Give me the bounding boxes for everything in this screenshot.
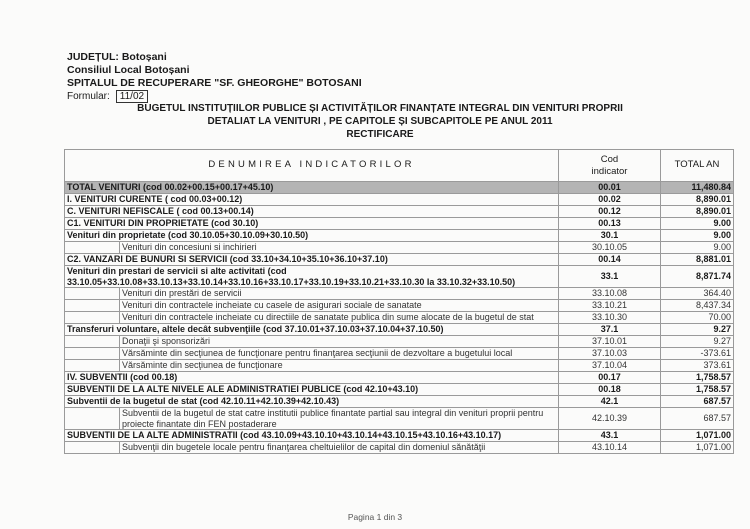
indent-cell: [65, 442, 120, 454]
indent-cell: [65, 408, 120, 430]
document-title-line1: BUGETUL INSTITUȚIILOR PUBLICE ȘI ACTIVIT…: [60, 102, 700, 115]
page-number: Pagina 1 din 3: [0, 512, 750, 522]
row-cod: 00.17: [559, 372, 661, 384]
row-value: 8,437.34: [661, 300, 734, 312]
header-total: TOTAL AN: [661, 150, 734, 182]
table-row: Venituri din contractele incheiate cu di…: [65, 312, 734, 324]
header-denumire: DENUMIREA INDICATORILOR: [65, 150, 559, 182]
indent-cell: [65, 300, 120, 312]
row-label: Donaţii şi sponsorizări: [120, 336, 559, 348]
indent-cell: [65, 360, 120, 372]
row-value: 8,890.01: [661, 206, 734, 218]
table-row: Venituri din prestări de servicii33.10.0…: [65, 288, 734, 300]
hospital-label: SPITALUL DE RECUPERARE "SF. GHEORGHE" BO…: [67, 77, 362, 90]
county-label: JUDEȚUL: Botoșani: [67, 51, 167, 64]
row-value: 687.57: [661, 408, 734, 430]
row-label: Venituri din contractele incheiate cu di…: [120, 312, 559, 324]
row-label: Transferuri voluntare, altele decât subv…: [65, 324, 559, 336]
row-cod: 00.13: [559, 218, 661, 230]
row-value: 687.57: [661, 396, 734, 408]
row-label: SUBVENTII DE LA ALTE ADMINISTRATII (cod …: [65, 430, 559, 442]
table-row: Donaţii şi sponsorizări37.10.019.27: [65, 336, 734, 348]
row-value: 9.00: [661, 218, 734, 230]
row-cod: 37.10.03: [559, 348, 661, 360]
row-cod: 00.01: [559, 182, 661, 194]
row-cod: 33.1: [559, 266, 661, 288]
row-cod: 30.1: [559, 230, 661, 242]
document-title-line2: DETALIAT LA VENITURI , PE CAPITOLE ȘI SU…: [60, 115, 700, 128]
row-label: Venituri din prestari de servicii si alt…: [65, 266, 559, 288]
row-label: Subventii de la bugetul de stat catre in…: [120, 408, 559, 430]
row-value: 1,758.57: [661, 384, 734, 396]
row-value: 9.27: [661, 336, 734, 348]
row-value: 364.40: [661, 288, 734, 300]
table-header-row: DENUMIREA INDICATORILOR Codindicator TOT…: [65, 150, 734, 182]
table-row: Vărsăminte din secţiunea de funcţionare …: [65, 348, 734, 360]
council-label: Consiliul Local Botoșani: [67, 64, 190, 77]
row-label: C. VENITURI NEFISCALE ( cod 00.13+00.14): [65, 206, 559, 218]
row-label: Venituri din proprietate (cod 30.10.05+3…: [65, 230, 559, 242]
indent-cell: [65, 336, 120, 348]
table-row: C. VENITURI NEFISCALE ( cod 00.13+00.14)…: [65, 206, 734, 218]
row-label: Vărsăminte din secţiunea de funcţionare …: [120, 348, 559, 360]
row-label: TOTAL VENITURI (cod 00.02+00.15+00.17+45…: [65, 182, 559, 194]
row-cod: 00.18: [559, 384, 661, 396]
row-cod: 00.12: [559, 206, 661, 218]
table-row: SUBVENTII DE LA ALTE NIVELE ALE ADMINIST…: [65, 384, 734, 396]
indent-cell: [65, 348, 120, 360]
budget-table: DENUMIREA INDICATORILOR Codindicator TOT…: [64, 149, 734, 454]
row-value: 373.61: [661, 360, 734, 372]
indent-cell: [65, 288, 120, 300]
table-row: Venituri din proprietate (cod 30.10.05+3…: [65, 230, 734, 242]
table-row: Venituri din concesiuni si inchirieri30.…: [65, 242, 734, 254]
row-cod: 33.10.30: [559, 312, 661, 324]
table-row: Transferuri voluntare, altele decât subv…: [65, 324, 734, 336]
row-value: 8,890.01: [661, 194, 734, 206]
table-row: Subventii de la bugetul de stat catre in…: [65, 408, 734, 430]
row-label: C1. VENITURI DIN PROPRIETATE (cod 30.10): [65, 218, 559, 230]
row-cod: 33.10.08: [559, 288, 661, 300]
row-label: Subvenţii din bugetele locale pentru fin…: [120, 442, 559, 454]
row-value: 9.00: [661, 242, 734, 254]
table-row: C1. VENITURI DIN PROPRIETATE (cod 30.10)…: [65, 218, 734, 230]
row-value: 8,871.74: [661, 266, 734, 288]
row-cod: 43.10.14: [559, 442, 661, 454]
row-value: 1,758.57: [661, 372, 734, 384]
row-value: 1,071.00: [661, 442, 734, 454]
row-cod: 42.1: [559, 396, 661, 408]
row-label: Venituri din prestări de servicii: [120, 288, 559, 300]
table-row: Venituri din contractele incheiate cu ca…: [65, 300, 734, 312]
table-row: Vărsăminte din secţiunea de funcţionare3…: [65, 360, 734, 372]
header-cod: Codindicator: [559, 150, 661, 182]
row-label: IV. SUBVENTII (cod 00.18): [65, 372, 559, 384]
form-code-label: Formular:: [67, 91, 110, 102]
document-title-line3: RECTIFICARE: [60, 128, 700, 141]
row-value: 70.00: [661, 312, 734, 324]
table-row: TOTAL VENITURI (cod 00.02+00.15+00.17+45…: [65, 182, 734, 194]
row-value: 8,881.01: [661, 254, 734, 266]
row-cod: 42.10.39: [559, 408, 661, 430]
row-cod: 37.1: [559, 324, 661, 336]
row-cod: 37.10.04: [559, 360, 661, 372]
table-row: Venituri din prestari de servicii si alt…: [65, 266, 734, 288]
row-value: 9.27: [661, 324, 734, 336]
row-cod: 43.1: [559, 430, 661, 442]
row-value: 1,071.00: [661, 430, 734, 442]
table-row: Subventii de la bugetul de stat (cod 42.…: [65, 396, 734, 408]
table-row: C2. VANZARI DE BUNURI SI SERVICII (cod 3…: [65, 254, 734, 266]
row-label: Venituri din contractele incheiate cu ca…: [120, 300, 559, 312]
row-cod: 00.14: [559, 254, 661, 266]
table-row: Subvenţii din bugetele locale pentru fin…: [65, 442, 734, 454]
indent-cell: [65, 242, 120, 254]
table-row: I. VENITURI CURENTE ( cod 00.03+00.12)00…: [65, 194, 734, 206]
row-label: Vărsăminte din secţiunea de funcţionare: [120, 360, 559, 372]
row-label: SUBVENTII DE LA ALTE NIVELE ALE ADMINIST…: [65, 384, 559, 396]
row-cod: 37.10.01: [559, 336, 661, 348]
row-value: 9.00: [661, 230, 734, 242]
row-label: I. VENITURI CURENTE ( cod 00.03+00.12): [65, 194, 559, 206]
row-label: C2. VANZARI DE BUNURI SI SERVICII (cod 3…: [65, 254, 559, 266]
row-value: 11,480.84: [661, 182, 734, 194]
row-label: Venituri din concesiuni si inchirieri: [120, 242, 559, 254]
row-label: Subventii de la bugetul de stat (cod 42.…: [65, 396, 559, 408]
table-row: IV. SUBVENTII (cod 00.18)00.171,758.57: [65, 372, 734, 384]
row-cod: 00.02: [559, 194, 661, 206]
table-row: SUBVENTII DE LA ALTE ADMINISTRATII (cod …: [65, 430, 734, 442]
row-cod: 30.10.05: [559, 242, 661, 254]
row-value: -373.61: [661, 348, 734, 360]
indent-cell: [65, 312, 120, 324]
row-cod: 33.10.21: [559, 300, 661, 312]
